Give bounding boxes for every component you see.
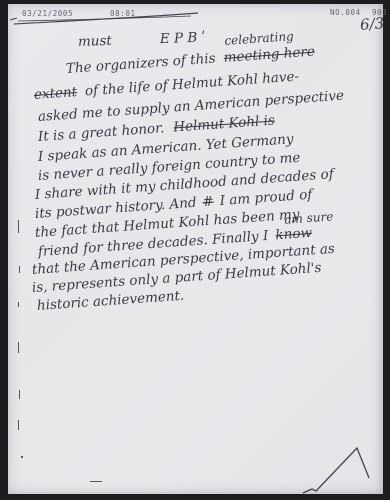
scan-speck xyxy=(18,342,19,353)
scan-speck xyxy=(18,420,19,430)
handwriting-strike-text: know xyxy=(275,225,313,244)
handwriting-normal-text: must xyxy=(78,33,112,50)
scan-speck xyxy=(21,456,23,458)
handwriting-normal-text: E P B ʹ xyxy=(160,30,206,48)
handwriting-insert-text: am sure xyxy=(284,209,334,226)
scan-speck xyxy=(90,481,102,482)
handwriting-normal-text: The organizers of this xyxy=(65,50,220,77)
handwriting-strike-text: Helmut Kohl is xyxy=(173,112,276,135)
fax-date: 03/21/2005 xyxy=(22,9,73,18)
scan-speck xyxy=(19,390,20,399)
scan-speck xyxy=(18,220,19,233)
scanned-fax-page: 03/21/2005 08:01 NO.004 903 6/3 mustE P … xyxy=(0,0,390,500)
handwritten-fraction-mark: 6/3 xyxy=(359,14,384,34)
scan-speck xyxy=(18,302,19,307)
handwriting-line: mustE P B ʹ xyxy=(78,31,206,49)
handwriting-strike-text: # xyxy=(202,194,214,211)
paper-sheet: 03/21/2005 08:01 NO.004 903 6/3 mustE P … xyxy=(8,4,383,494)
scan-speck xyxy=(19,266,20,273)
pen-strike-icon xyxy=(10,18,17,20)
check-mark-icon xyxy=(303,448,369,493)
fax-sequence-number: NO.004 xyxy=(330,8,361,17)
handwriting-strike-text: extent xyxy=(33,84,77,103)
fax-time: 08:01 xyxy=(110,9,136,18)
